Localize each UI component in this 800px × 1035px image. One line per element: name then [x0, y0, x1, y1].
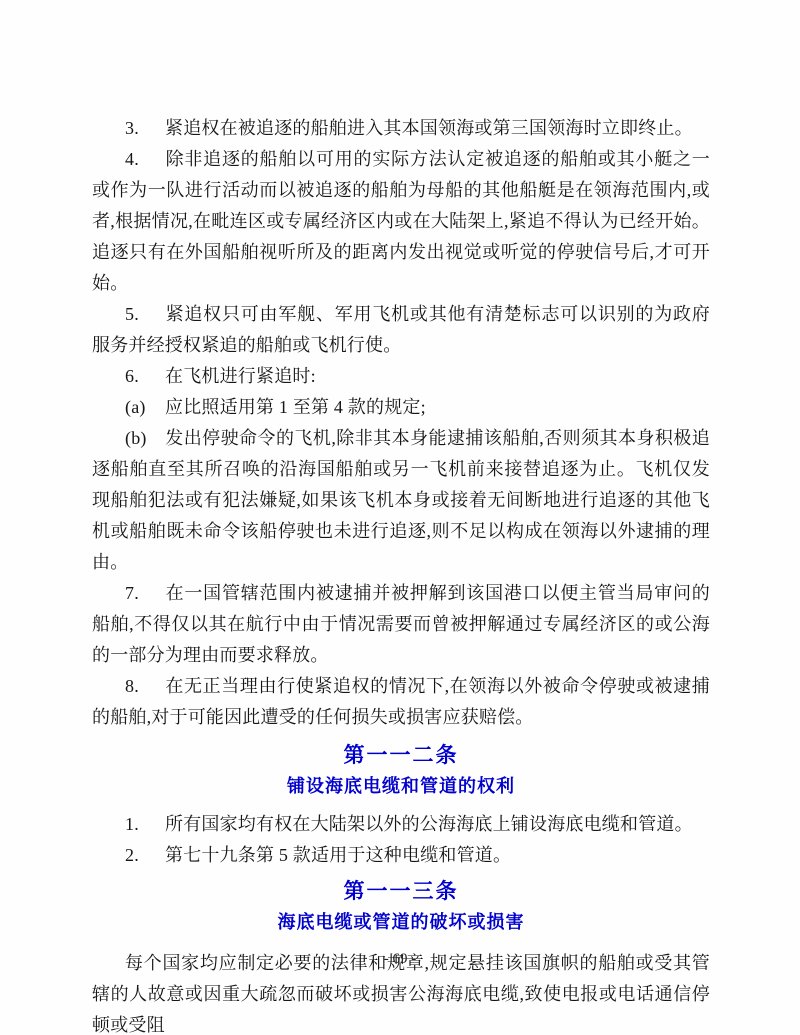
paragraph-4-text: 除非追逐的船舶以可用的实际方法认定被追逐的船舶或其小艇之一或作为一队进行活动而以… [92, 149, 710, 293]
paragraph-6b-number: (b) [125, 423, 165, 454]
paragraph-8: 8.在无正当理由行使紧追权的情况下,在领海以外被命令停驶或被逮捕的船舶,对于可能… [92, 671, 710, 733]
paragraph-3-text: 紧追权在被追逐的船舶进入其本国领海或第三国领海时立即终止。 [165, 118, 693, 138]
paragraph-6a: (a)应比照适用第 1 至第 4 款的规定; [92, 392, 710, 423]
paragraph-5-text: 紧追权只可由军舰、军用飞机或其他有清楚标志可以识别的为政府服务并经授权紧追的船舶… [92, 304, 710, 355]
article-112-paragraph-2-text: 第七十九条第 5 款适用于这种电缆和管道。 [165, 845, 511, 865]
page-number: - 69 - [0, 950, 800, 968]
paragraph-5-number: 5. [125, 299, 165, 330]
article-112-number: 第一一二条 [92, 740, 710, 771]
paragraph-6b: (b)发出停驶命令的飞机,除非其本身能逮捕该船舶,否则须其本身积极追逐船舶直至其… [92, 423, 710, 578]
paragraph-7: 7.在一国管辖范围内被逮捕并被押解到该国港口以便主管当局审问的船舶,不得仅以其在… [92, 578, 710, 671]
document-page: 3.紧追权在被追逐的船舶进入其本国领海或第三国领海时立即终止。 4.除非追逐的船… [0, 0, 800, 1035]
article-112-paragraph-1: 1.所有国家均有权在大陆架以外的公海海底上铺设海底电缆和管道。 [92, 809, 710, 840]
article-112-paragraph-1-number: 1. [125, 809, 165, 840]
paragraph-6-text: 在飞机进行紧追时: [165, 366, 316, 386]
article-113-number: 第一一三条 [92, 876, 710, 907]
article-113-title: 海底电缆或管道的破坏或损害 [92, 907, 710, 938]
paragraph-3: 3.紧追权在被追逐的船舶进入其本国领海或第三国领海时立即终止。 [92, 113, 710, 144]
paragraph-6a-number: (a) [125, 392, 165, 423]
paragraph-7-number: 7. [125, 578, 165, 609]
paragraph-6: 6.在飞机进行紧追时: [92, 361, 710, 392]
article-112-paragraph-1-text: 所有国家均有权在大陆架以外的公海海底上铺设海底电缆和管道。 [165, 814, 693, 834]
paragraph-6b-text: 发出停驶命令的飞机,除非其本身能逮捕该船舶,否则须其本身积极追逐船舶直至其所召唤… [92, 428, 710, 572]
paragraph-4: 4.除非追逐的船舶以可用的实际方法认定被追逐的船舶或其小艇之一或作为一队进行活动… [92, 144, 710, 299]
article-112-paragraph-2-number: 2. [125, 840, 165, 871]
paragraph-6-number: 6. [125, 361, 165, 392]
paragraph-4-number: 4. [125, 144, 165, 175]
paragraph-3-number: 3. [125, 113, 165, 144]
document-content: 3.紧追权在被追逐的船舶进入其本国领海或第三国领海时立即终止。 4.除非追逐的船… [92, 0, 710, 1035]
paragraph-6a-text: 应比照适用第 1 至第 4 款的规定; [165, 397, 426, 417]
paragraph-5: 5.紧追权只可由军舰、军用飞机或其他有清楚标志可以识别的为政府服务并经授权紧追的… [92, 299, 710, 361]
paragraph-8-number: 8. [125, 671, 165, 702]
article-112-title: 铺设海底电缆和管道的权利 [92, 771, 710, 802]
paragraph-7-text: 在一国管辖范围内被逮捕并被押解到该国港口以便主管当局审问的船舶,不得仅以其在航行… [92, 583, 710, 665]
paragraph-8-text: 在无正当理由行使紧追权的情况下,在领海以外被命令停驶或被逮捕的船舶,对于可能因此… [92, 676, 710, 727]
article-112-paragraph-2: 2.第七十九条第 5 款适用于这种电缆和管道。 [92, 840, 710, 871]
